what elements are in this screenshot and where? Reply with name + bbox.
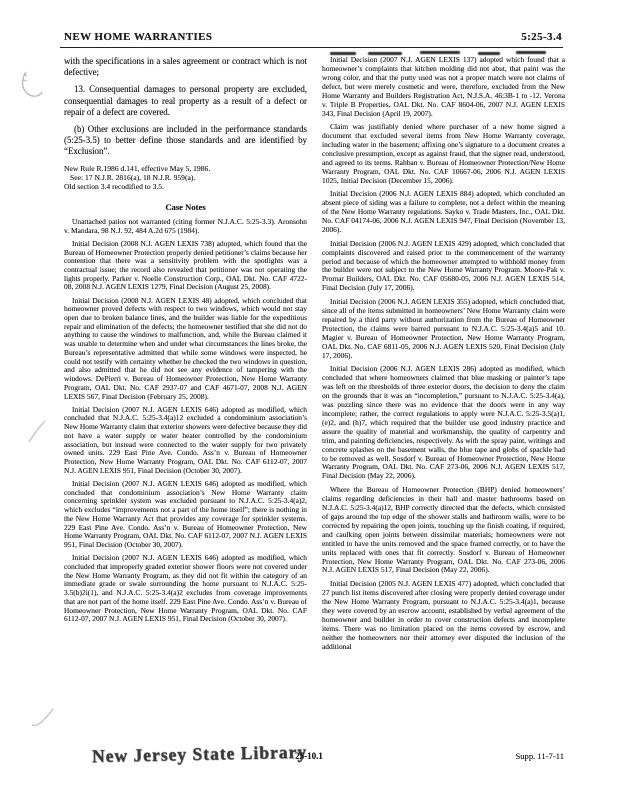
- regulation-paragraph: (b) Other exclusions are included in the…: [64, 124, 307, 158]
- case-note-paragraph: Initial Decision (2006 N.J. AGEN LEXIS 2…: [322, 365, 565, 481]
- left-column: with the specifications in a sales agree…: [64, 56, 307, 656]
- pencil-mark-icon: [30, 705, 56, 731]
- pencil-mark-icon: [12, 68, 48, 113]
- scanned-document-page: NEW HOME WARRANTIES 5:25-3.4 with the sp…: [0, 0, 618, 800]
- case-note-paragraph: Initial Decision (2007 N.J. AGEN LEXIS 6…: [64, 406, 307, 476]
- regulation-text: with the specifications in a sales agree…: [64, 56, 307, 158]
- right-column: Initial Decision (2007 N.J. AGEN LEXIS 1…: [322, 56, 565, 656]
- case-note-paragraph: Initial Decision (2006 N.J. AGEN LEXIS 8…: [322, 190, 565, 235]
- history-line: New Rule R.1986 d.141, effective May 5, …: [64, 164, 307, 173]
- page-header: NEW HOME WARRANTIES 5:25-3.4: [64, 31, 562, 43]
- case-note-paragraph: Initial Decision (2008 N.J. AGEN LEXIS 7…: [64, 240, 307, 292]
- scan-artifact-smudge: [420, 51, 460, 54]
- history-line: Old section 3.4 recodified to 3.5.: [64, 182, 307, 191]
- pencil-mark-icon: [26, 418, 48, 446]
- rule-history-note: New Rule R.1986 d.141, effective May 5, …: [64, 164, 307, 192]
- case-note-paragraph: Initial Decision (2007 N.J. AGEN LEXIS 6…: [64, 554, 307, 624]
- regulation-paragraph: 13. Consequential damages to personal pr…: [64, 84, 307, 118]
- history-line: See: 17 N.J.R. 2816(a), 18 N.J.R. 959(a)…: [64, 173, 307, 182]
- case-note-paragraph: Where the Bureau of Homeowner Protection…: [322, 486, 565, 576]
- header-title: NEW HOME WARRANTIES: [64, 31, 212, 43]
- header-rule: [60, 47, 563, 48]
- case-notes-right: Initial Decision (2007 N.J. AGEN LEXIS 1…: [322, 56, 565, 652]
- case-note-paragraph: Unattached patios not warranted (citing …: [64, 218, 307, 235]
- case-note-paragraph: Initial Decision (2008 N.J. AGEN LEXIS 4…: [64, 297, 307, 402]
- regulation-paragraph: with the specifications in a sales agree…: [64, 56, 307, 78]
- supplement-date: Supp. 11-7-11: [515, 751, 564, 761]
- case-notes-left: Unattached patios not warranted (citing …: [64, 218, 307, 624]
- scan-artifact-smudge: [516, 51, 546, 54]
- case-note-paragraph: Initial Decision (2006 N.J. AGEN LEXIS 3…: [322, 298, 565, 361]
- header-section-number: 5:25-3.4: [521, 31, 562, 43]
- document-body: with the specifications in a sales agree…: [64, 56, 565, 656]
- case-note-paragraph: Claim was justifiably denied where purch…: [322, 123, 565, 186]
- case-note-paragraph: Initial Decision (2007 N.J. AGEN LEXIS 6…: [64, 480, 307, 550]
- case-notes-heading: Case Notes: [64, 202, 307, 212]
- case-note-paragraph: Initial Decision (2007 N.J. AGEN LEXIS 1…: [322, 56, 565, 119]
- case-note-paragraph: Initial Decision (2005 N.J. AGEN LEXIS 4…: [322, 580, 565, 652]
- case-note-paragraph: Initial Decision (2006 N.J. AGEN LEXIS 4…: [322, 240, 565, 294]
